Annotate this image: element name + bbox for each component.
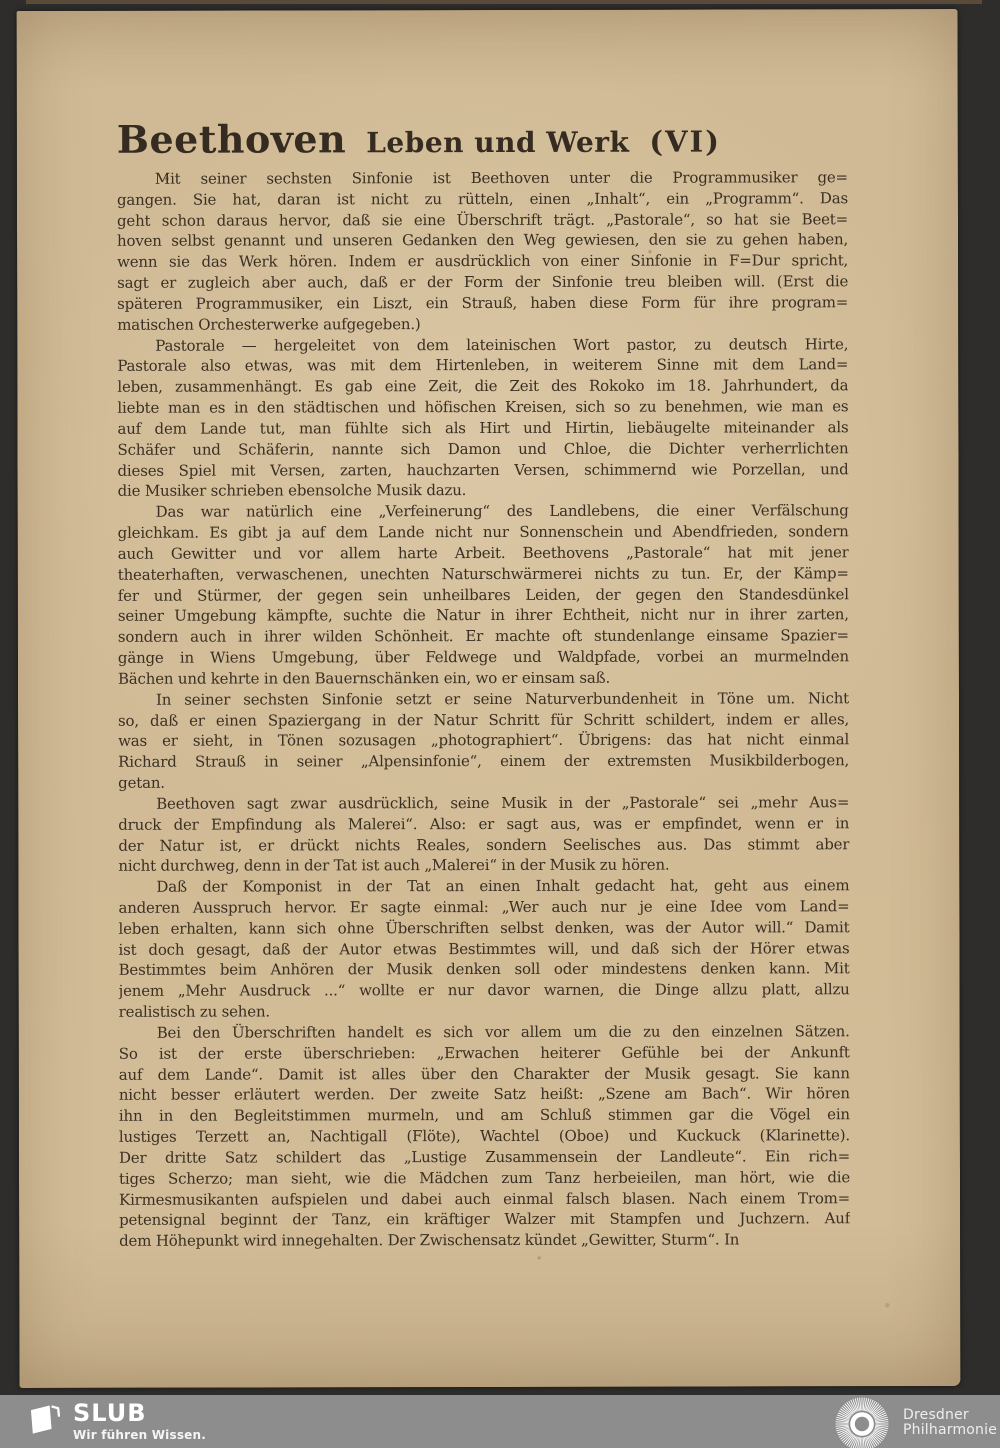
text-line: realistisch zu sehen. bbox=[119, 1000, 850, 1022]
text-line: petensignal beginnt der Tanz, ein kräfti… bbox=[119, 1209, 850, 1231]
paragraph: In seiner sechsten Sinfonie setzt er sei… bbox=[118, 688, 849, 794]
paragraph: Beethoven sagt zwar ausdrücklich, seine … bbox=[118, 792, 849, 877]
paragraph: Daß der Komponist in der Tat an einen In… bbox=[118, 875, 849, 1022]
text-line: ihn in den Begleitstimmen murmeln, und a… bbox=[119, 1105, 850, 1127]
text-line: sondern auch in ihrer wilden Schönheit. … bbox=[118, 625, 849, 647]
text-line: Richard Strauß in seiner „Alpensinfonie“… bbox=[118, 750, 849, 772]
document-body: Mit seiner sechsten Sinfonie ist Beethov… bbox=[117, 167, 850, 1252]
philharmonie-name-line2: Philharmonie bbox=[903, 1423, 997, 1438]
text-line: druck der Empfindung als Malerei“. Also:… bbox=[118, 813, 849, 835]
text-line: jenem „Mehr Ausdruck ...“ wollte er nur … bbox=[119, 980, 850, 1002]
title-subtitle: Leben und Werk bbox=[366, 126, 629, 160]
adjacent-page-edge bbox=[26, 0, 982, 4]
text-line: Pastorale also etwas, was mit dem Hirten… bbox=[117, 355, 848, 377]
text-line: gangen. Sie hat, daran ist nicht zu rütt… bbox=[117, 188, 848, 210]
text-line: Das war natürlich eine „Verfeinerung“ de… bbox=[118, 500, 849, 522]
text-line: die Musiker schrieben ebensolche Musik d… bbox=[118, 480, 849, 502]
text-line: In seiner sechsten Sinfonie setzt er sei… bbox=[118, 688, 849, 710]
text-line: Schäfer und Schäferin, nannte sich Damon… bbox=[117, 438, 848, 460]
paragraph: Mit seiner sechsten Sinfonie ist Beethov… bbox=[117, 167, 848, 335]
text-line: späteren Programmusiker, ein Liszt, ein … bbox=[117, 292, 848, 314]
text-line: hoven selbst genannt und unseren Gedanke… bbox=[117, 230, 848, 252]
text-line: auf dem Lande“. Damit ist alles über den… bbox=[119, 1063, 850, 1085]
text-line: leben erhalten, kann sich ohne Überschri… bbox=[118, 917, 849, 939]
text-line: Daß der Komponist in der Tat an einen In… bbox=[118, 875, 849, 897]
text-line: leben, zusammenhängt. Es gab eine Zeit, … bbox=[117, 376, 848, 398]
text-line: So ist der erste überschrieben: „Erwache… bbox=[119, 1042, 850, 1064]
title-main: Beethoven bbox=[117, 116, 346, 161]
text-line: ist doch gesagt, daß der Autor etwas Bes… bbox=[119, 938, 850, 960]
paragraph: Das war natürlich eine „Verfeinerung“ de… bbox=[118, 500, 849, 689]
text-line: Bächen und kehrte in den Bauernschänken … bbox=[118, 667, 849, 689]
text-line: lustiges Terzett an, Nachtigall (Flöte),… bbox=[119, 1125, 850, 1147]
text-line: nicht durchweg, denn in der Tat ist auch… bbox=[118, 855, 849, 877]
text-line: liebte man es in den städtischen und höf… bbox=[117, 396, 848, 418]
text-line: dieses Spiel mit Versen, zarten, hauchza… bbox=[118, 459, 849, 481]
text-line: Bestimmtes beim Anhören der Musik denken… bbox=[119, 959, 850, 981]
text-line: Beethoven sagt zwar ausdrücklich, seine … bbox=[118, 792, 849, 814]
scan-viewer: Beethoven Leben und Werk (VI) Mit seiner… bbox=[0, 0, 1000, 1448]
title-volume: (VI) bbox=[649, 125, 721, 159]
text-line: anderen Ausspruch hervor. Er sagte einma… bbox=[118, 896, 849, 918]
text-line: Pastorale — hergeleitet von dem lateinis… bbox=[117, 334, 848, 356]
text-line: fer und Stürmer, der gegen sein unheilba… bbox=[118, 584, 849, 606]
text-line: geht schon daraus hervor, daß sie eine Ü… bbox=[117, 209, 848, 231]
text-line: sagt er zugleich aber auch, daß er der F… bbox=[117, 271, 848, 293]
text-line: der Natur ist, er drückt nichts Reales, … bbox=[118, 834, 849, 856]
philharmonie-brand-link[interactable]: Dresdner Philharmonie bbox=[0, 1395, 1000, 1448]
document-page: Beethoven Leben und Werk (VI) Mit seiner… bbox=[17, 9, 961, 1388]
text-line: Kirmesmusikanten aufspielen und dabei au… bbox=[119, 1188, 850, 1210]
text-line: auch Gewitter und vor allem harte Arbeit… bbox=[118, 542, 849, 564]
philharmonie-name-line1: Dresdner bbox=[903, 1408, 997, 1423]
text-line: matischen Orchesterwerke aufgegeben.) bbox=[117, 313, 848, 335]
text-line: Der dritte Satz schildert das „Lustige Z… bbox=[119, 1146, 850, 1168]
text-line: wenn sie das Werk hören. Indem er ausdrü… bbox=[117, 251, 848, 273]
text-line: Mit seiner sechsten Sinfonie ist Beethov… bbox=[117, 167, 848, 189]
text-line: was er sieht, in Tönen sozusagen „photog… bbox=[118, 730, 849, 752]
text-line: nicht besser erläutert werden. Der zweit… bbox=[119, 1084, 850, 1106]
philharmonie-logo-text: Dresdner Philharmonie bbox=[903, 1408, 997, 1438]
text-line: Bei den Überschriften handelt es sich vo… bbox=[119, 1021, 850, 1043]
text-line: theaterhaften, verwaschenen, unechten Na… bbox=[118, 563, 849, 585]
text-line: gänge in Wiens Umgebung, über Feldwege u… bbox=[118, 646, 849, 668]
text-line: gleichkam. Es gibt ja auf dem Lande nich… bbox=[118, 521, 849, 543]
text-line: auf dem Lande tut, man fühlte sich als H… bbox=[117, 417, 848, 439]
text-line: seiner Umgebung kämpfte, suchte die Natu… bbox=[118, 605, 849, 627]
text-line: dem Höhepunkt wird innegehalten. Der Zwi… bbox=[119, 1229, 850, 1251]
paragraph: Bei den Überschriften handelt es sich vo… bbox=[119, 1021, 850, 1252]
text-line: getan. bbox=[118, 771, 849, 793]
text-line: so, daß er einen Spaziergang in der Natu… bbox=[118, 709, 849, 731]
paragraph: Pastorale — hergeleitet von dem lateinis… bbox=[117, 334, 848, 502]
text-line: tiges Scherzo; man sieht, wie die Mädche… bbox=[119, 1167, 850, 1189]
page-title: Beethoven Leben und Werk (VI) bbox=[117, 116, 721, 162]
sunburst-icon bbox=[834, 1396, 890, 1448]
viewer-footer: SLUB Wir führen Wissen. Dresdner Philhar… bbox=[0, 1395, 1000, 1448]
